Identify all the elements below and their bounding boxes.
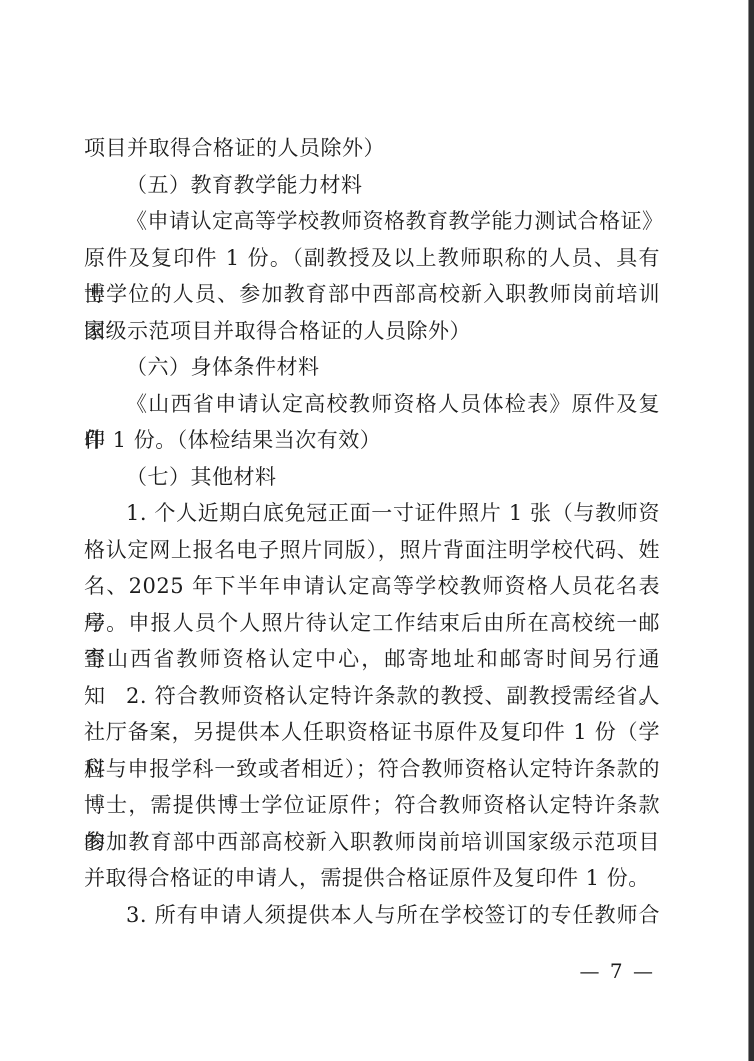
text-line: 《山西省申请认定高校教师资格人员体检表》原件及复印 — [84, 386, 660, 423]
text-line: 项目并取得合格证的人员除外） — [84, 130, 660, 167]
scan-edge-band — [748, 0, 754, 1061]
page-number: — 7 — — [580, 956, 655, 986]
text-line: 至山西省教师资格认定中心，邮寄地址和邮寄时间另行通知。 — [84, 641, 660, 678]
text-line: 家级示范项目并取得合格证的人员除外） — [84, 313, 660, 350]
text-line: 《申请认定高等学校教师资格教育教学能力测试合格证》 — [84, 203, 660, 240]
text-line: 件 1 份。（体检结果当次有效） — [84, 422, 660, 459]
document-page: 项目并取得合格证的人员除外）（五）教育教学能力材料《申请认定高等学校教师资格教育… — [0, 0, 754, 1061]
text-line: 号。申报人员个人照片待认定工作结束后由所在高校统一邮寄 — [84, 605, 660, 642]
text-line: 社厅备案，另提供本人任职资格证书原件及复印件 1 份（学科 — [84, 714, 660, 751]
text-line: 博士，需提供博士学位证原件；符合教师资格认定特许条款的 — [84, 787, 660, 824]
text-line: （七）其他材料 — [84, 459, 660, 496]
text-line: 格认定网上报名电子照片同版），照片背面注明学校代码、姓 — [84, 532, 660, 569]
text-line: 士学位的人员、参加教育部中西部高校新入职教师岗前培训国 — [84, 276, 660, 313]
text-line: （六）身体条件材料 — [84, 349, 660, 386]
text-line: （五）教育教学能力材料 — [84, 167, 660, 204]
text-line: 1. 个人近期白底免冠正面一寸证件照片 1 张（与教师资 — [84, 495, 660, 532]
text-line: 2. 符合教师资格认定特许条款的教授、副教授需经省人 — [84, 678, 660, 715]
text-line: 参加教育部中西部高校新入职教师岗前培训国家级示范项目 — [84, 824, 660, 861]
text-line: 名、2025 年下半年申请认定高等学校教师资格人员花名表序 — [84, 568, 660, 605]
text-line: 应与申报学科一致或者相近）；符合教师资格认定特许条款的 — [84, 751, 660, 788]
text-line: 原件及复印件 1 份。（副教授及以上教师职称的人员、具有博 — [84, 240, 660, 277]
text-line: 并取得合格证的申请人，需提供合格证原件及复印件 1 份。 — [84, 860, 660, 897]
text-line: 3. 所有申请人须提供本人与所在学校签订的专任教师合 — [84, 897, 660, 934]
document-text-block: 项目并取得合格证的人员除外）（五）教育教学能力材料《申请认定高等学校教师资格教育… — [84, 130, 660, 933]
